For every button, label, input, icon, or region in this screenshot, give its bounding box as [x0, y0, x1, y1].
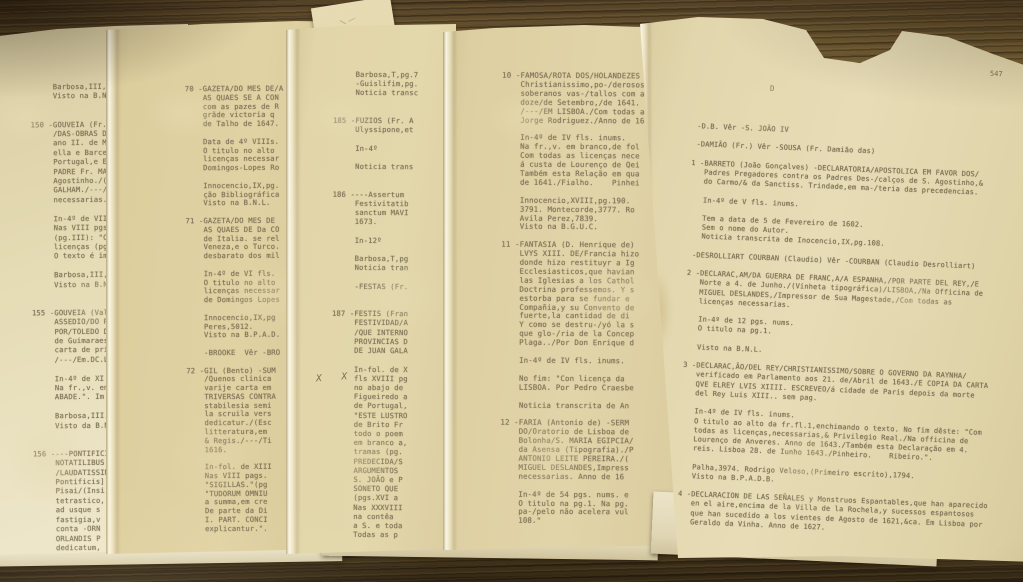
- section-header-letter: D: [770, 84, 775, 93]
- typed-text-column-2: 70 -GAZETA/DO MES DE/A AS QUAES SE A CON…: [185, 85, 286, 534]
- document-page-3: Barbosa,T,pg.7 -Guislifim,pg. Noticia tr…: [286, 20, 456, 554]
- pencil-scribble: [347, 17, 355, 22]
- page-number-label: 547: [990, 70, 1003, 78]
- typed-text-column-3: Barbosa,T,pg.7 -Guislifim,pg. Noticia tr…: [331, 70, 419, 540]
- typed-text-column-5: -D.B. Vêr -S. JOÃO IV -DAMIÃO (Fr.) Vêr …: [677, 122, 1015, 540]
- pencil-scribble: [340, 20, 347, 24]
- typed-text-column-4: 10 -FAMOSA/ROTA DOS/HOLANDEZES Christian…: [500, 72, 645, 527]
- document-page-5: 547 D -D.B. Vêr -S. JOÃO IV -DAMIÃO (Fr.…: [638, 6, 1023, 572]
- photo-typed-bibliography-pages: Barbosa,III,pg.171 Visto na B.N.L. 150 -…: [0, 0, 1023, 582]
